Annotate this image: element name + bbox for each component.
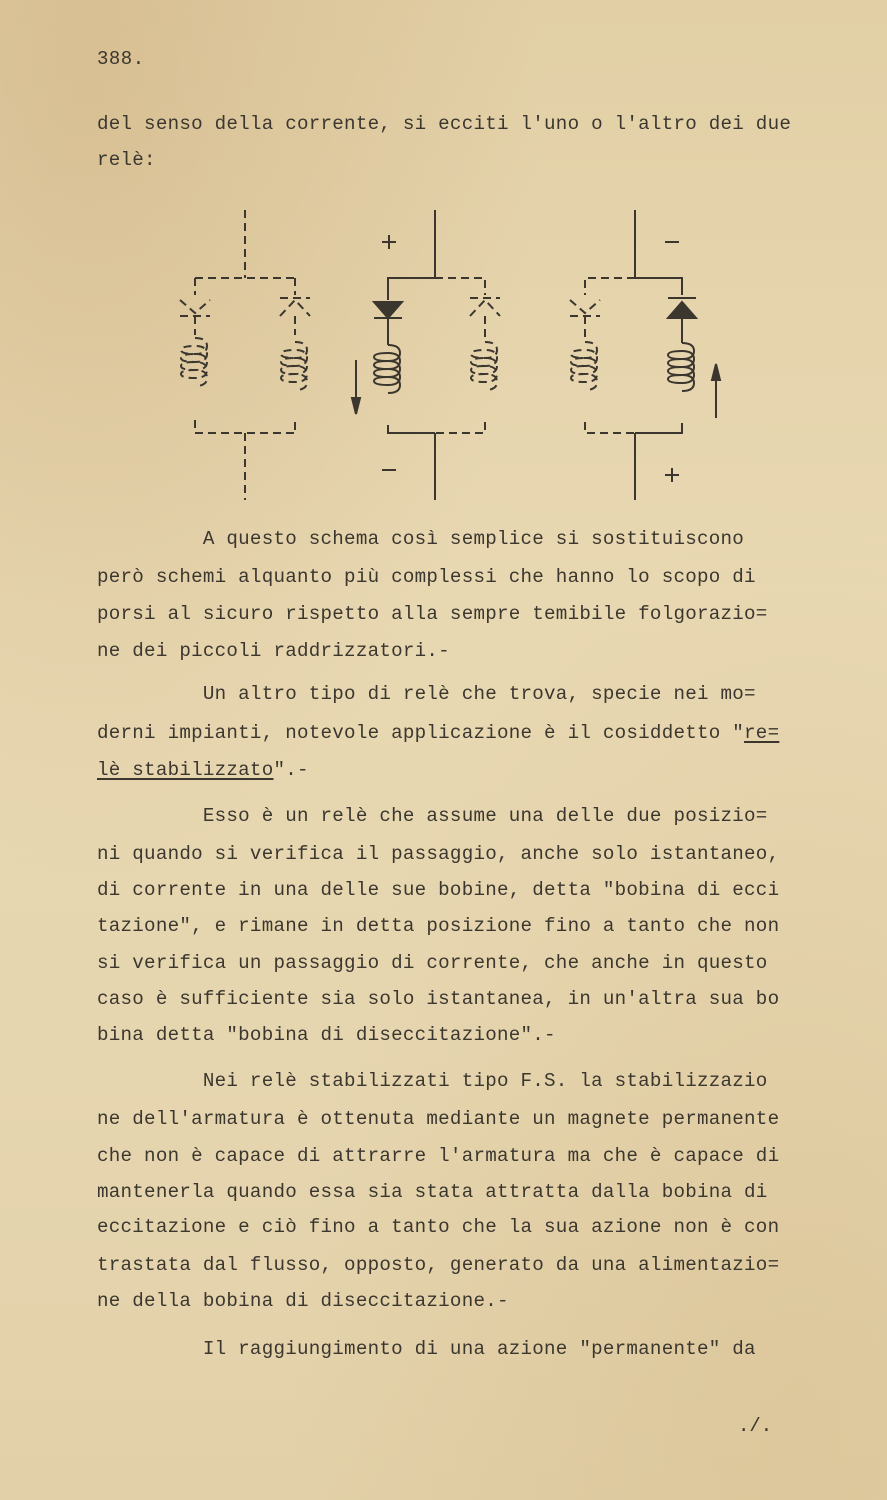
p2-line-3-tail: ".- [273, 759, 308, 781]
p4-line-4: mantenerla quando essa sia stata attratt… [97, 1181, 768, 1203]
p5-line-1: Il raggiungimento di una azione "permane… [97, 1338, 756, 1360]
underlined-term-end: lè stabilizzato [97, 759, 273, 781]
p4-line-3: che non è capace di attrarre l'armatura … [97, 1145, 779, 1167]
intro-line-2: relè: [97, 149, 156, 171]
p3-line-3: di corrente in una delle sue bobine, det… [97, 879, 779, 901]
p2-line-3: lè stabilizzato".- [97, 759, 309, 781]
relay-circuit-diagram [160, 200, 740, 510]
continuation-marker: ./. [738, 1415, 772, 1437]
p1-line-4: ne dei piccoli raddrizzatori.- [97, 640, 450, 662]
positive-top-circuit [352, 210, 500, 500]
p3-line-2: ni quando si verifica il passaggio, anch… [97, 843, 779, 865]
p4-line-2: ne dell'armatura è ottenuta mediante un … [97, 1108, 779, 1130]
underlined-term-start: re= [744, 722, 779, 744]
p2-line-2: derni impianti, notevole applicazione è … [97, 722, 779, 744]
p3-line-7: bina detta "bobina di diseccitazione".- [97, 1024, 556, 1046]
p4-line-6: trastata dal flusso, opposto, generato d… [97, 1254, 779, 1276]
page-number: 388. [97, 48, 145, 70]
p1-line-1: A questo schema così semplice si sostitu… [97, 528, 744, 550]
p2-line-1: Un altro tipo di relè che trova, specie … [97, 683, 756, 705]
p3-line-4: tazione", e rimane in detta posizione fi… [97, 915, 779, 937]
p3-line-1: Esso è un relè che assume una delle due … [97, 805, 768, 827]
p3-line-6: caso è sufficiente sia solo istantanea, … [97, 988, 779, 1010]
intro-line-1: del senso della corrente, si ecciti l'un… [97, 113, 791, 135]
negative-top-circuit [570, 210, 720, 500]
p4-line-1: Nei relè stabilizzati tipo F.S. la stabi… [97, 1070, 768, 1092]
p1-line-2: però schemi alquanto più complessi che h… [97, 566, 756, 588]
p4-line-7: ne della bobina di diseccitazione.- [97, 1290, 509, 1312]
p4-line-5: eccitazione e ciò fino a tanto che la su… [97, 1216, 779, 1238]
p1-line-3: porsi al sicuro rispetto alla sempre tem… [97, 603, 768, 625]
p2-line-2-text: derni impianti, notevole applicazione è … [97, 722, 744, 744]
p3-line-5: si verifica un passaggio di corrente, ch… [97, 952, 768, 974]
parallel-dashed-relays [180, 210, 310, 500]
